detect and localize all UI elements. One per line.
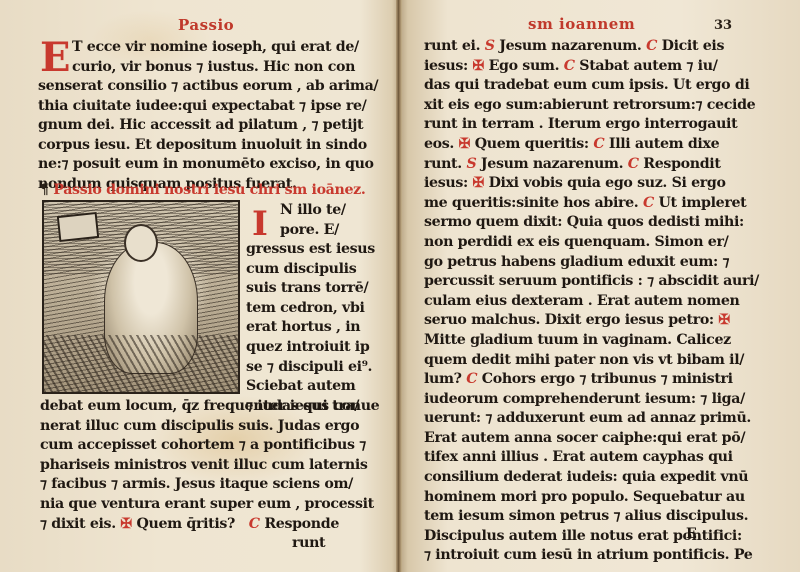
paragraph-1-indented: T ecce vir nomine ioseph, qui erat de/ c… xyxy=(72,38,359,77)
text-line: E xyxy=(686,525,696,545)
rubric-marker-icon: S xyxy=(466,156,476,172)
text-line: iesus: ✠ Dixi vobis quia ego suz. Si erg… xyxy=(424,174,759,194)
text-segment: sermo quem dixit: Quia quos dedisti mihi… xyxy=(424,214,744,230)
rubric-marker-icon: C xyxy=(593,136,604,152)
running-head-right: sm ioannem xyxy=(528,15,635,33)
text-line: quem dedit mihi pater non vis vt bibam i… xyxy=(424,351,759,371)
text-line: hominem mori pro populo. Sequebatur au xyxy=(424,488,759,508)
text-line: tifex anni illius . Erat autem cayphas q… xyxy=(424,448,759,468)
running-head-left: Passio xyxy=(178,16,234,34)
text-line: ⁊ introiuit cum iesū in atrium pontifici… xyxy=(424,546,759,566)
paragraph-1: senserat consilio ⁊ actibus eorum , ab a… xyxy=(38,77,378,195)
text-line: Mitte gladium tuum in vaginam. Calicez xyxy=(424,331,759,351)
text-line: erat hortus , in xyxy=(246,318,375,338)
paragraph-2-beside-woodcut: gressus est iesus cum discipulis suis tr… xyxy=(246,240,375,416)
rubric-marker-icon: C xyxy=(643,195,654,211)
text-line: cum discipulis xyxy=(246,260,375,280)
rubric-marker-icon: S xyxy=(485,38,495,54)
text-line: eos. ✠ Quem queritis: C Illi autem dixe xyxy=(424,135,759,155)
right-page-text: runt ei. S Jesum nazarenum. C Dicit eisi… xyxy=(424,37,759,566)
text-segment: iesus: xyxy=(424,58,472,74)
paragraph-2-full-width: debat eum locum, q̄z frequenter iesus co… xyxy=(40,397,379,534)
rubric-marker-icon: C xyxy=(466,371,477,387)
text-line: senserat consilio ⁊ actibus eorum , ab a… xyxy=(38,77,378,97)
text-line: me queritis:sinite hos abire. C Ut imple… xyxy=(424,194,759,214)
text-line: culam eius dexteram . Erat autem nomen xyxy=(424,292,759,312)
rubric-marker-icon: C xyxy=(646,38,657,54)
text-segment: Quem queritis: xyxy=(470,136,593,152)
red-cross-icon: ✠ xyxy=(459,136,471,152)
text-line: uerunt: ⁊ adduxerunt eum ad annaz primū. xyxy=(424,409,759,429)
text-line: xit eis ego sum:abierunt retrorsum:⁊ cec… xyxy=(424,96,759,116)
text-segment: iudeorum comprehenderunt iesum: ⁊ liga/ xyxy=(424,391,745,407)
text-segment: runt ei. xyxy=(424,38,485,54)
text-segment: iesus: xyxy=(424,175,472,191)
text-line: Sciebat autem xyxy=(246,377,375,397)
text-line: ne:⁊ posuit eum in monumēto exciso, in q… xyxy=(38,155,378,175)
text-segment: Quem q̄ritis? xyxy=(137,516,235,532)
catchword-left: runt xyxy=(292,534,325,554)
text-segment: hominem mori pro populo. Sequebatur au xyxy=(424,489,745,505)
text-line: Erat autem anna socer caiphe:qui erat pō… xyxy=(424,429,759,449)
red-cross-icon: ✠ xyxy=(718,312,730,328)
text-segment: lum? xyxy=(424,371,466,387)
text-line: cum accepisset cohortem ⁊ a pontificibus… xyxy=(40,436,379,456)
evangelist-head xyxy=(124,224,158,262)
text-segment: Ut impleret xyxy=(654,195,746,211)
text-line: runt xyxy=(292,534,325,554)
tablet-icon xyxy=(57,212,99,242)
rubric-marker-icon: C xyxy=(564,58,575,74)
text-segment: Cohors ergo ⁊ tribunus ⁊ ministri xyxy=(477,371,733,387)
paragraph-mark-icon: ¶ xyxy=(40,182,49,198)
text-segment: Illi autem dixe xyxy=(604,136,719,152)
text-line: corpus iesu. Et depositum inuoluit in si… xyxy=(38,136,378,156)
text-line: T ecce vir nomine ioseph, qui erat de/ xyxy=(72,38,359,58)
text-segment: me queritis:sinite hos abire. xyxy=(424,195,643,211)
text-line: tem iesum simon petrus ⁊ alius discipulu… xyxy=(424,507,759,527)
text-line: Discipulus autem ille notus erat pontifi… xyxy=(424,527,759,547)
text-segment: seruo malchus. Dixit ergo iesus petro: xyxy=(424,312,718,328)
text-segment: xit eis ego sum:abierunt retrorsum:⁊ cec… xyxy=(424,97,755,113)
text-line: percussit seruum pontificis : ⁊ abscidit… xyxy=(424,272,759,292)
text-line: runt. S Jesum nazarenum. C Respondit xyxy=(424,155,759,175)
text-line: go petrus habens gladium eduxit eum: ⁊ xyxy=(424,253,759,273)
chronista-marker-icon: C xyxy=(249,516,260,532)
text-line: curio, vir bonus ⁊ iustus. Hic non con xyxy=(72,58,359,78)
text-segment: das qui tradebat eum cum ipsis. Ut ergo … xyxy=(424,77,749,93)
rubric-heading-text: Passio domini nostri iesu chri sm ioānez… xyxy=(53,182,365,198)
paragraph-2-first-lines: N illo te/ pore. E/ xyxy=(280,201,346,240)
text-line: sermo quem dixit: Quia quos dedisti mihi… xyxy=(424,213,759,233)
text-segment: Respondit xyxy=(639,156,721,172)
text-line: ⁊ facibus ⁊ armis. Jesus itaque sciens o… xyxy=(40,475,379,495)
decorated-initial-i: I xyxy=(252,206,268,242)
text-line: lum? C Cohors ergo ⁊ tribunus ⁊ ministri xyxy=(424,370,759,390)
text-segment: Responde xyxy=(264,516,339,532)
text-line: thia ciuitate iudee:qui expectabat ⁊ ips… xyxy=(38,97,378,117)
decorated-initial-e: E xyxy=(40,38,71,78)
red-cross-icon: ✠ xyxy=(472,175,484,191)
text-segment: ⁊ introiuit cum iesū in atrium pontifici… xyxy=(424,547,752,563)
rubric-heading: ¶ Passio domini nostri iesu chri sm ioān… xyxy=(40,181,365,201)
text-line: seruo malchus. Dixit ergo iesus petro: ✠ xyxy=(424,311,759,331)
text-segment: eos. xyxy=(424,136,459,152)
text-line: se ⁊ discipuli ei⁹. xyxy=(246,358,375,378)
text-segment: Ego sum. xyxy=(484,58,564,74)
book-spread: Passio E T ecce vir nomine ioseph, qui e… xyxy=(0,0,800,572)
text-line: nia que ventura erant super eum , proces… xyxy=(40,495,379,515)
text-segment: Dixi vobis quia ego suz. Si ergo xyxy=(484,175,726,191)
rubric-marker-icon: C xyxy=(628,156,639,172)
text-segment: tifex anni illius . Erat autem cayphas q… xyxy=(424,449,733,465)
text-segment: Jesum nazarenum. xyxy=(476,156,627,172)
text-segment: culam eius dexteram . Erat autem nomen xyxy=(424,293,739,309)
text-line: tem cedron, vbi xyxy=(246,299,375,319)
text-segment: runt in terram . Iterum ergo interrogaui… xyxy=(424,116,737,132)
text-line: gressus est iesus xyxy=(246,240,375,260)
text-segment: uerunt: ⁊ adduxerunt eum ad annaz primū. xyxy=(424,410,751,426)
text-segment: percussit seruum pontificis : ⁊ abscidit… xyxy=(424,273,759,289)
text-segment: go petrus habens gladium eduxit eum: ⁊ xyxy=(424,254,729,270)
text-segment: non perdidi ex eis quenquam. Simon er/ xyxy=(424,234,728,250)
text-line: nerat illuc cum discipulis suis. Judas e… xyxy=(40,417,379,437)
text-line: non perdidi ex eis quenquam. Simon er/ xyxy=(424,233,759,253)
text-line: consilium dederat iudeis: quia expedit v… xyxy=(424,468,759,488)
woodcut-ground xyxy=(44,335,238,392)
text-line: pore. E/ xyxy=(280,221,346,241)
catchword-right: E xyxy=(686,525,696,545)
right-page: sm ioannem 33 runt ei. S Jesum nazarenum… xyxy=(402,0,800,572)
red-cross-icon: ✠ xyxy=(472,58,484,74)
text-segment: tem iesum simon petrus ⁊ alius discipulu… xyxy=(424,508,748,524)
text-segment: Jesum nazarenum. xyxy=(495,38,646,54)
text-segment: Erat autem anna socer caiphe:qui erat pō… xyxy=(424,430,745,446)
text-line: das qui tradebat eum cum ipsis. Ut ergo … xyxy=(424,76,759,96)
woodcut-illustration xyxy=(42,200,240,394)
text-line: suis trans torrē/ xyxy=(246,279,375,299)
text-line: N illo te/ xyxy=(280,201,346,221)
text-line: iesus: ✠ Ego sum. C Stabat autem ⁊ iu/ xyxy=(424,57,759,77)
text-line: gnum dei. Hic accessit ad pilatum , ⁊ pe… xyxy=(38,116,378,136)
text-segment: Stabat autem ⁊ iu/ xyxy=(575,58,718,74)
text-segment: quem dedit mihi pater non vis vt bibam i… xyxy=(424,352,744,368)
text-line: debat eum locum, q̄z frequenter iesus co… xyxy=(40,397,379,417)
text-segment: Mitte gladium tuum in vaginam. Calicez xyxy=(424,332,731,348)
text-line: runt ei. S Jesum nazarenum. C Dicit eis xyxy=(424,37,759,57)
text-segment: consilium dederat iudeis: quia expedit v… xyxy=(424,469,748,485)
text-segment: runt. xyxy=(424,156,466,172)
text-line: quez introiuit ip xyxy=(246,338,375,358)
text-line: phariseis ministros venit illuc cum late… xyxy=(40,456,379,476)
left-page: Passio E T ecce vir nomine ioseph, qui e… xyxy=(0,0,398,572)
text-segment: Dicit eis xyxy=(657,38,724,54)
text-segment: ⁊ dixit eis. xyxy=(40,516,116,532)
red-cross-icon: ✠ xyxy=(120,516,132,532)
text-line: iudeorum comprehenderunt iesum: ⁊ liga/ xyxy=(424,390,759,410)
folio-number: 33 xyxy=(714,18,732,33)
text-line: runt in terram . Iterum ergo interrogaui… xyxy=(424,115,759,135)
